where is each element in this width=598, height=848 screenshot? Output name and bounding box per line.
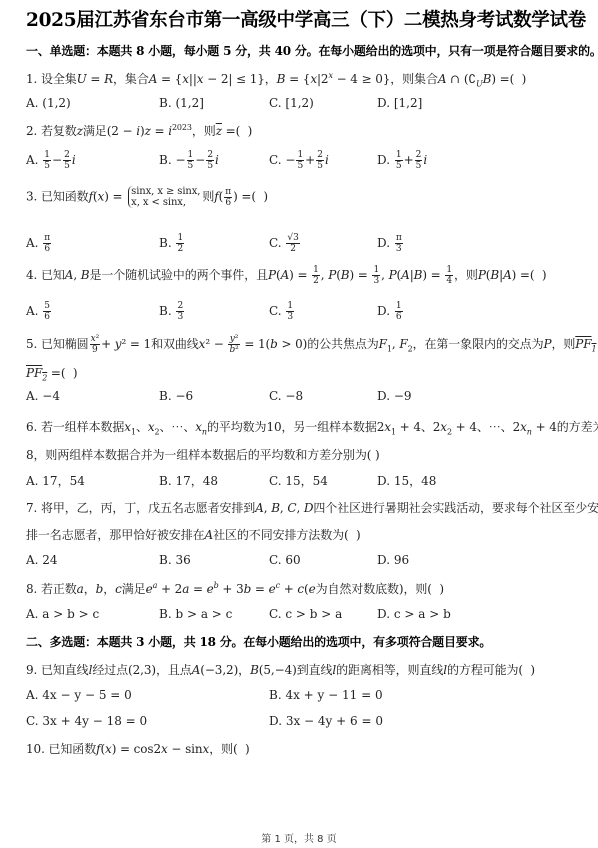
question-number: 4. bbox=[26, 268, 37, 282]
page-footer: 第 1 页，共 8 页 bbox=[0, 830, 598, 845]
question-7-stem-line2: 排一名志愿者，那甲恰好被安排在A社区的不同安排方法数为( ) bbox=[26, 526, 361, 543]
exam-page: 2025届江苏省东台市第一高级中学高三（下）二模热身考试数学试卷 一、单选题：本… bbox=[0, 0, 598, 848]
option-a[interactable]: A. 56 bbox=[26, 301, 52, 322]
option-d[interactable]: D. 16 bbox=[377, 301, 404, 322]
option-c[interactable]: C. −15+25i bbox=[269, 150, 329, 171]
question-9-options-row2: C. 3x + 4y − 18 = 0 D. 3x − 4y + 6 = 0 bbox=[26, 714, 586, 732]
question-3-options: A. π6 B. 12 C. √32 D. π3 bbox=[26, 233, 586, 251]
option-d[interactable]: D. 15+25i bbox=[377, 150, 427, 171]
option-c[interactable]: C. c > b > a bbox=[269, 607, 342, 621]
question-9-options-row1: A. 4x − y − 5 = 0 B. 4x + y − 11 = 0 bbox=[26, 688, 586, 706]
option-a[interactable]: A. 17，54 bbox=[26, 472, 85, 489]
option-c[interactable]: C. −8 bbox=[269, 389, 303, 403]
option-c[interactable]: C. 13 bbox=[269, 301, 295, 322]
option-c[interactable]: C. 15，54 bbox=[269, 472, 328, 489]
question-number: 1. bbox=[26, 72, 37, 86]
option-a[interactable]: A. a > b > c bbox=[26, 607, 99, 621]
option-a[interactable]: A. 24 bbox=[26, 553, 58, 567]
question-8-stem: 8. 若正数a，b，c满足ea + 2a = eb + 3b = ec + c(… bbox=[26, 580, 444, 597]
option-d[interactable]: D. 15，48 bbox=[377, 472, 436, 489]
section-heading-multiple-choice: 二、多选题：本题共 3 小题，共 18 分。在每小题给出的选项中，有多项符合题目… bbox=[26, 633, 491, 650]
option-c[interactable]: C. [1,2) bbox=[269, 96, 314, 110]
option-b[interactable]: B. 17，48 bbox=[159, 472, 218, 489]
question-1-options: A. (1,2) B. (1,2] C. [1,2) D. [1,2] bbox=[26, 96, 586, 114]
question-7-options: A. 24 B. 36 C. 60 D. 96 bbox=[26, 553, 586, 571]
question-4-options: A. 56 B. 23 C. 13 D. 16 bbox=[26, 301, 586, 319]
question-7-stem-line1: 7. 将甲，乙，丙，丁，戊五名志愿者安排到A, B, C, D四个社区进行暑期社… bbox=[26, 499, 598, 516]
question-number: 3. bbox=[26, 190, 37, 204]
option-a[interactable]: A. 4x − y − 5 = 0 bbox=[26, 688, 132, 702]
question-9-stem: 9. 已知直线l经过点(2,3)，且点A(−3,2)，B(5,−4)到直线l的距… bbox=[26, 661, 535, 678]
question-6-options: A. 17，54 B. 17，48 C. 15，54 D. 15，48 bbox=[26, 472, 586, 490]
question-5-options: A. −4 B. −6 C. −8 D. −9 bbox=[26, 389, 586, 407]
question-8-options: A. a > b > c B. b > a > c C. c > b > a D… bbox=[26, 607, 586, 625]
question-2-options: A. 15−25i B. −15−25i C. −15+25i D. 15+25… bbox=[26, 150, 586, 168]
option-d[interactable]: D. c > a > b bbox=[377, 607, 451, 621]
option-d[interactable]: D. 3x − 4y + 6 = 0 bbox=[269, 714, 383, 728]
document-title: 2025届江苏省东台市第一高级中学高三（下）二模热身考试数学试卷 bbox=[26, 6, 586, 32]
option-c[interactable]: C. √32 bbox=[269, 233, 301, 254]
option-b[interactable]: B. −6 bbox=[159, 389, 193, 403]
piecewise-brace: sinx, x ≥ sinx, x, x < sinx, bbox=[128, 186, 200, 208]
option-c[interactable]: C. 3x + 4y − 18 = 0 bbox=[26, 714, 147, 728]
option-b[interactable]: B. b > a > c bbox=[159, 607, 232, 621]
option-d[interactable]: D. [1,2] bbox=[377, 96, 422, 110]
option-d[interactable]: D. π3 bbox=[377, 233, 404, 254]
question-1-stem: 1. 设全集U = R，集合A = {x||x − 2| ≤ 1}，B = {x… bbox=[26, 70, 526, 88]
question-10-stem: 10. 已知函数f(x) = cos2x − sinx，则( ) bbox=[26, 740, 250, 757]
question-5-stem-line1: 5. 已知椭圆x²9+ y² = 1和双曲线x² − y²b² = 1(b > … bbox=[26, 334, 598, 355]
option-a[interactable]: A. π6 bbox=[26, 233, 52, 254]
question-6-stem-line1: 6. 若一组样本数据x1、x2、⋯、xn的平均数为10，另一组样本数据2x1 +… bbox=[26, 418, 598, 436]
section-heading-single-choice: 一、单选题：本题共 8 小题，每小题 5 分，共 40 分。在每小题给出的选项中… bbox=[26, 42, 598, 59]
option-a[interactable]: A. (1,2) bbox=[26, 96, 71, 110]
question-6-stem-line2: 8，则两组样本数据合并为一组样本数据后的平均数和方差分别为( ) bbox=[26, 446, 380, 463]
option-d[interactable]: D. 96 bbox=[377, 553, 409, 567]
option-b[interactable]: B. 12 bbox=[159, 233, 185, 254]
option-b[interactable]: B. 4x + y − 11 = 0 bbox=[269, 688, 383, 702]
question-3-stem: 3. 已知函数f(x) = sinx, x ≥ sinx, x, x < sin… bbox=[26, 186, 268, 208]
question-4-stem: 4. 已知A, B是一个随机试验中的两个事件，且P(A) = 12, P(B) … bbox=[26, 265, 546, 286]
option-a[interactable]: A. 15−25i bbox=[26, 150, 76, 171]
option-b[interactable]: B. 36 bbox=[159, 553, 191, 567]
option-b[interactable]: B. −15−25i bbox=[159, 150, 219, 171]
option-b[interactable]: B. 23 bbox=[159, 301, 185, 322]
question-number: 2. bbox=[26, 124, 37, 138]
question-2-stem: 2. 若复数z满足(2 − i)z = i2023，则z =( ) bbox=[26, 122, 252, 139]
option-d[interactable]: D. −9 bbox=[377, 389, 412, 403]
option-b[interactable]: B. (1,2] bbox=[159, 96, 204, 110]
question-5-stem-line2: PF2 =( ) bbox=[26, 366, 77, 382]
option-a[interactable]: A. −4 bbox=[26, 389, 60, 403]
option-c[interactable]: C. 60 bbox=[269, 553, 301, 567]
